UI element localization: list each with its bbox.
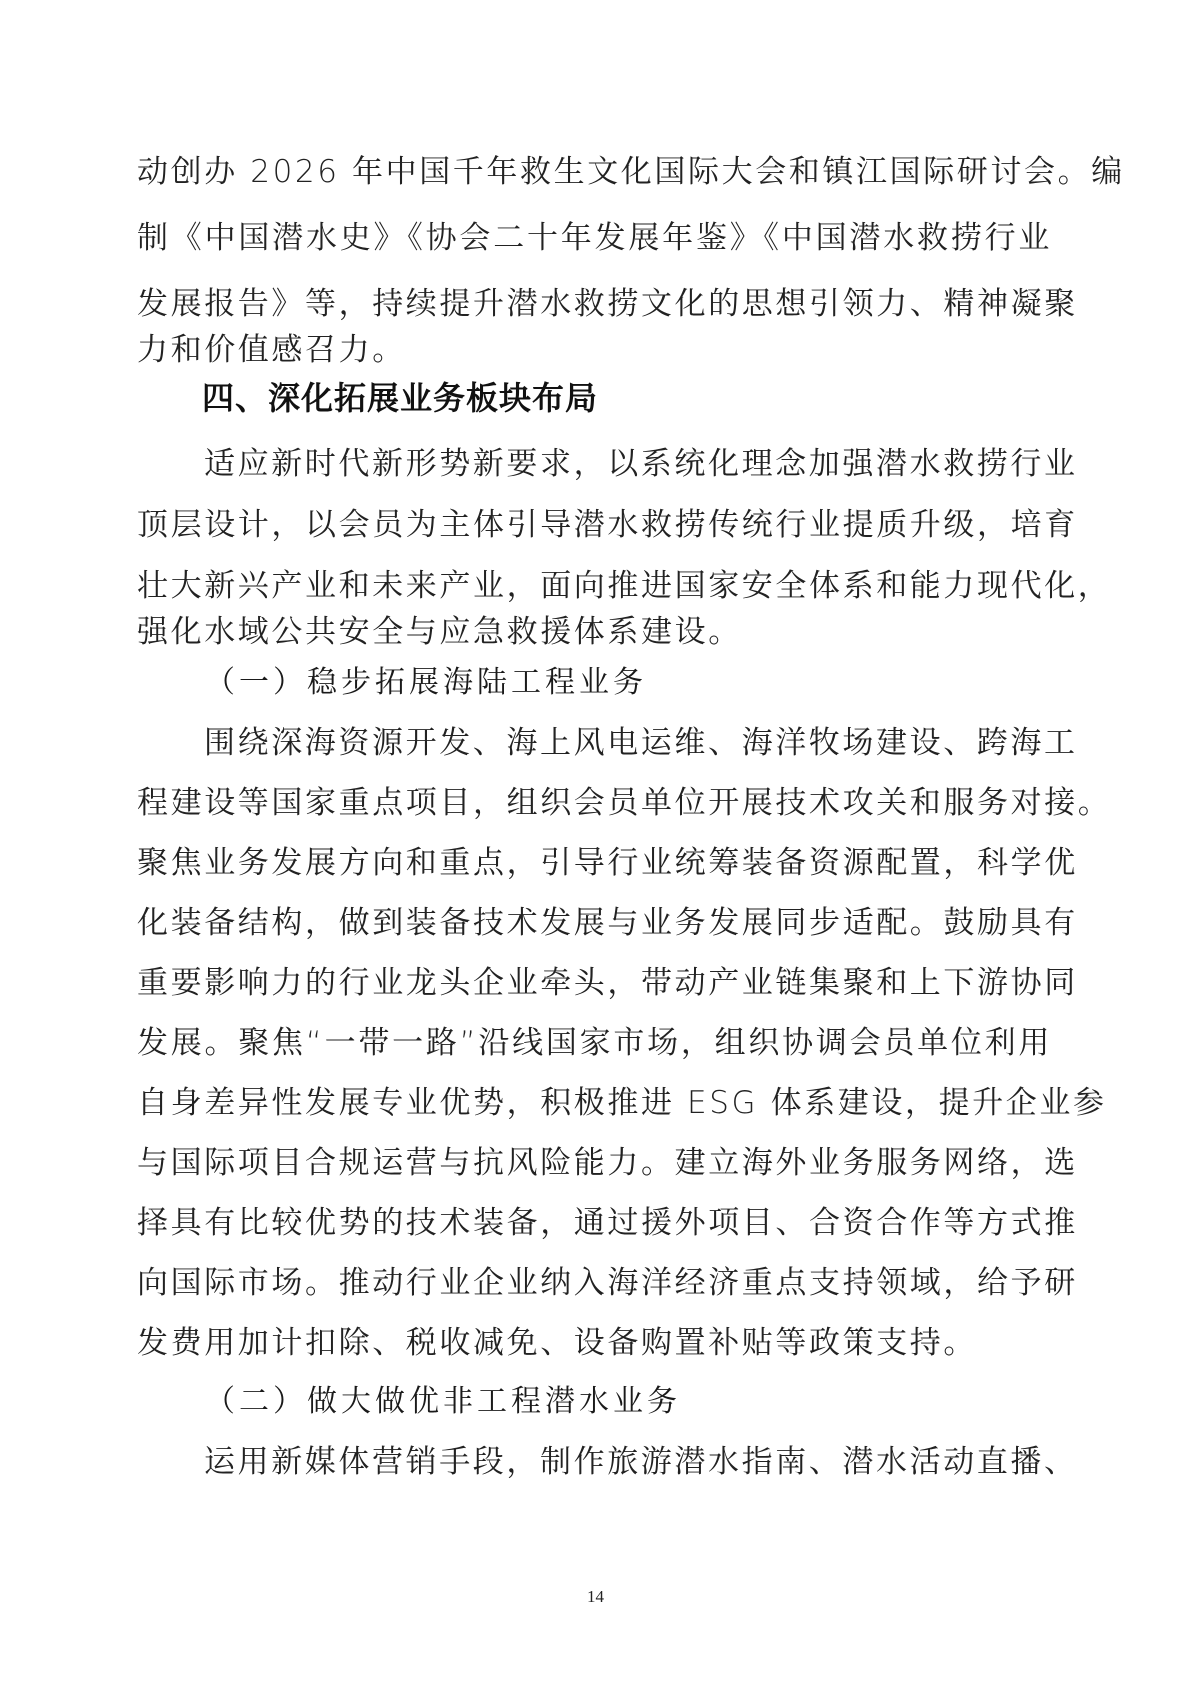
subsection-heading: （二）做大做优非工程潜水业务 [205, 1382, 681, 1422]
paragraph-line: 动创办 2026 年中国千年救生文化国际大会和镇江国际研讨会。编 [137, 152, 1052, 192]
paragraph-line: 与国际项目合规运营与抗风险能力。建立海外业务服务网络，选 [137, 1143, 1052, 1183]
paragraph-line: 聚焦业务发展方向和重点，引导行业统筹装备资源配置，科学优 [137, 843, 1052, 883]
paragraph-line: 发展报告》等，持续提升潜水救捞文化的思想引领力、精神凝聚 [137, 284, 1052, 324]
paragraph-line: 程建设等国家重点项目，组织会员单位开展技术攻关和服务对接。 [137, 783, 1052, 823]
paragraph-line: 发费用加计扣除、税收减免、设备购置补贴等政策支持。 [137, 1323, 1052, 1363]
document-page: 动创办 2026 年中国千年救生文化国际大会和镇江国际研讨会。编 制《中国潜水史… [0, 0, 1191, 1685]
paragraph-line: 制《中国潜水史》《协会二十年发展年鉴》《中国潜水救捞行业 [137, 218, 1052, 258]
paragraph-line: 择具有比较优势的技术装备，通过援外项目、合资合作等方式推 [137, 1203, 1052, 1243]
paragraph-line: 自身差异性发展专业优势，积极推进 ESG 体系建设，提升企业参 [137, 1083, 1052, 1123]
page-number: 14 [0, 1587, 1191, 1607]
paragraph-line: 发展。聚焦“一带一路”沿线国家市场，组织协调会员单位利用 [137, 1023, 1052, 1063]
section-heading: 四、深化拓展业务板块布局 [202, 378, 598, 418]
subsection-heading: （一）稳步拓展海陆工程业务 [205, 663, 647, 703]
paragraph-line: 重要影响力的行业龙头企业牵头，带动产业链集聚和上下游协同 [137, 963, 1052, 1003]
paragraph-line: 顶层设计，以会员为主体引导潜水救捞传统行业提质升级，培育 [137, 505, 1052, 545]
paragraph-line: 力和价值感召力。 [137, 330, 1052, 370]
paragraph-line: 向国际市场。推动行业企业纳入海洋经济重点支持领域，给予研 [137, 1263, 1052, 1303]
paragraph-line: 运用新媒体营销手段，制作旅游潜水指南、潜水活动直播、 [204, 1442, 1052, 1482]
paragraph-line: 壮大新兴产业和未来产业，面向推进国家安全体系和能力现代化， [137, 566, 1052, 606]
paragraph-line: 强化水域公共安全与应急救援体系建设。 [137, 612, 1052, 652]
paragraph-line: 化装备结构，做到装备技术发展与业务发展同步适配。鼓励具有 [137, 903, 1052, 943]
paragraph-line: 适应新时代新形势新要求，以系统化理念加强潜水救捞行业 [204, 444, 1052, 484]
paragraph-line: 围绕深海资源开发、海上风电运维、海洋牧场建设、跨海工 [204, 723, 1052, 763]
